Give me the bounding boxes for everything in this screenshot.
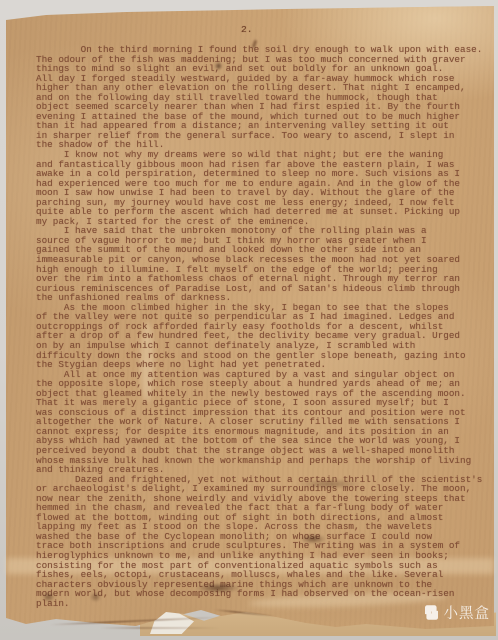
watermark-text: 小黑盒 (444, 602, 491, 623)
manuscript-text: On the third morning I found the soil dr… (36, 45, 482, 608)
xiaoheihe-logo-icon (423, 604, 440, 621)
manuscript-photo: 2. On the third morning I found the soil… (0, 0, 498, 640)
text-line: modern world, but whose decomposing form… (36, 589, 482, 599)
watermark: 小黑盒 (423, 602, 491, 623)
page-number: 2. (241, 24, 252, 35)
text-line: plain. (36, 599, 482, 609)
